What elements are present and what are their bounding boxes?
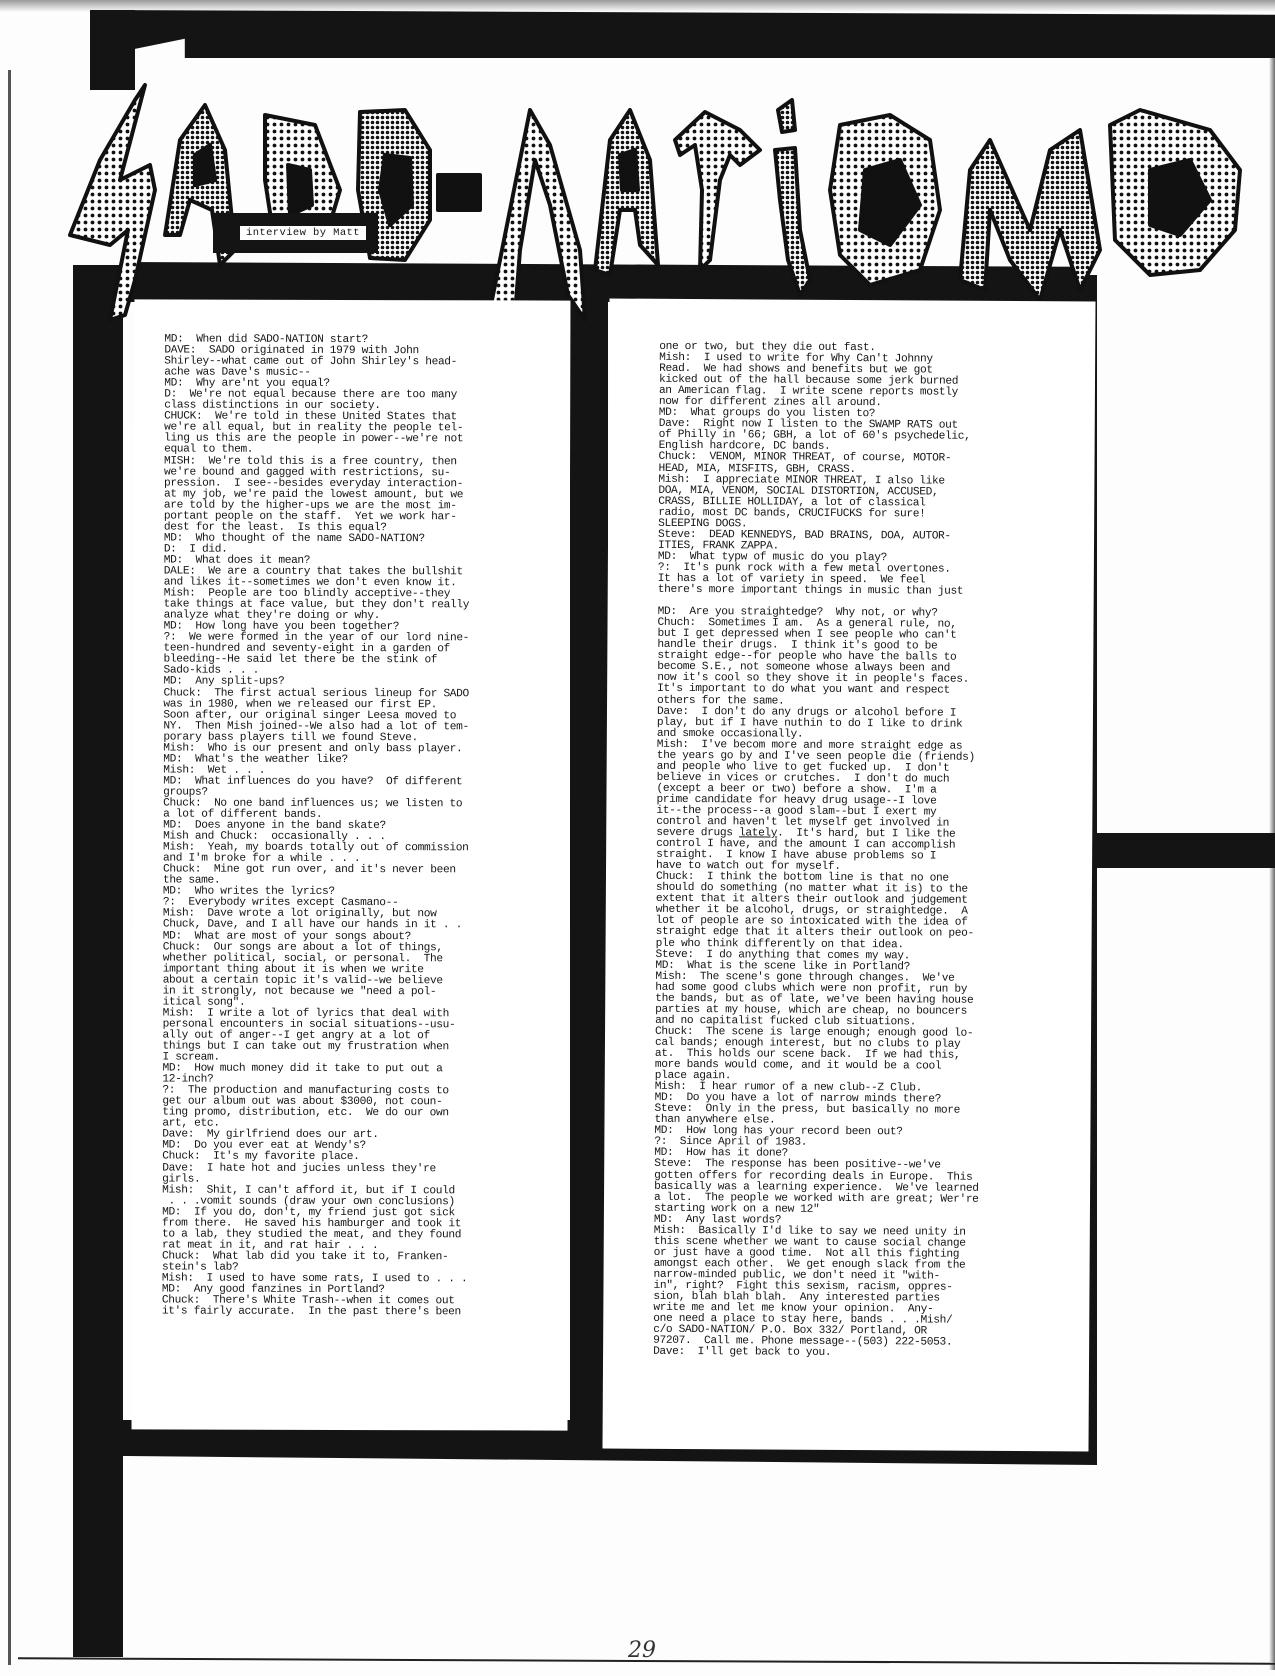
interview-line: things but I can take out my frustration…	[163, 1042, 569, 1054]
interview-line: MD: How much money did it take to put ou…	[162, 1064, 568, 1076]
interview-line: Chuck: Mine got run over, and it's never…	[163, 865, 569, 877]
interview-line: Dave: I'll get back to you.	[653, 1347, 1089, 1361]
band-logo	[40, 30, 1275, 330]
interview-column-left: MD: When did SADO-NATION start?DAVE: SAD…	[132, 299, 571, 1430]
interview-line: MD: What influences do you have? Of diff…	[163, 776, 569, 788]
interview-line: ting promo, distribution, etc. We do our…	[162, 1108, 568, 1120]
interview-line: Dave: I hate hot and jucies unless they'…	[162, 1163, 568, 1175]
scan-shadow	[0, 0, 1275, 12]
interview-line: it's fairly accurate. In the past there'…	[162, 1307, 568, 1319]
interview-credit: interview by Matt	[240, 226, 366, 240]
column-divider	[570, 280, 608, 1460]
page-number: 29	[628, 1638, 656, 1663]
left-black-bar	[73, 265, 123, 1657]
paper-edge	[8, 70, 11, 1665]
interview-column-right: one or two, but they die out fast.Mish: …	[602, 299, 1095, 1452]
